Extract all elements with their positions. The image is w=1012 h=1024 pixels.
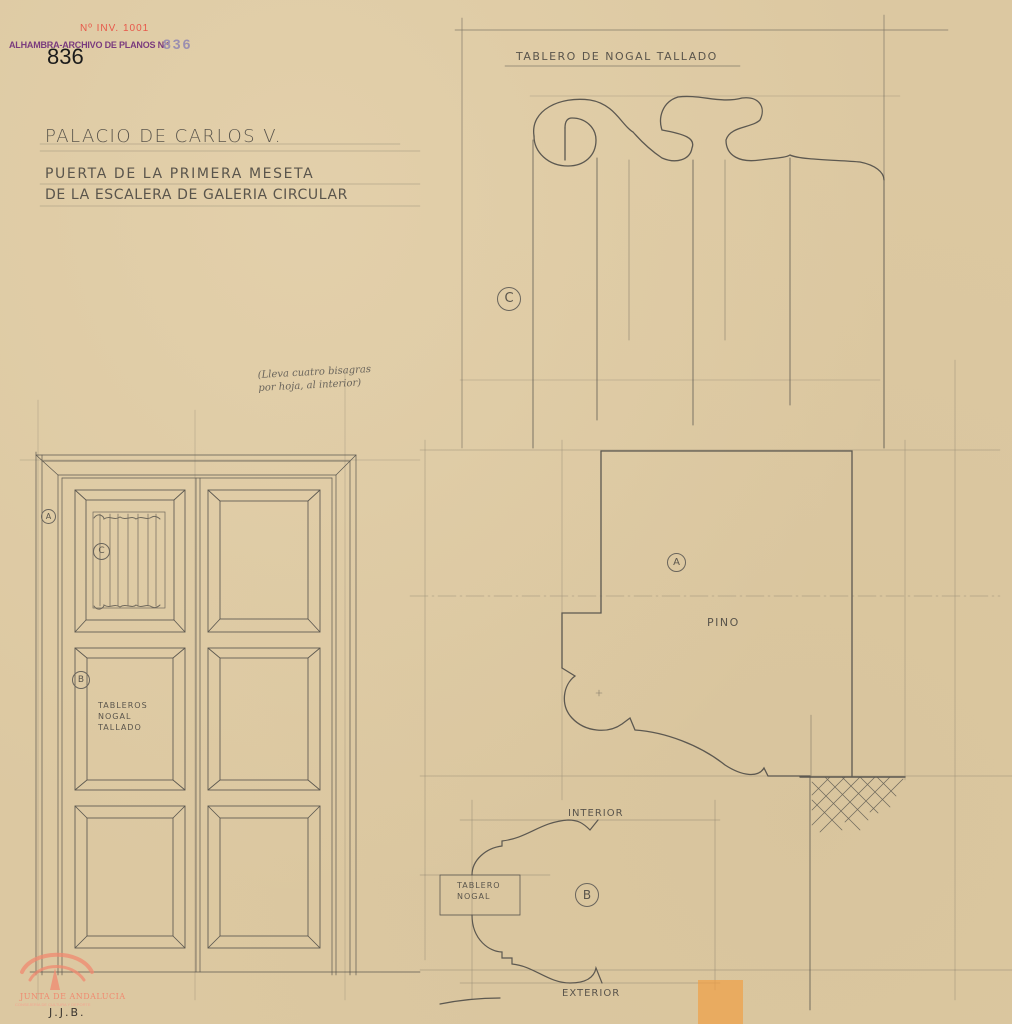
sheet-number: 836 [47,44,84,70]
detail-b-side-label: TABLERO NOGAL [457,880,501,902]
panel-material-line2: NOGAL [98,711,148,722]
drawing-subtitle-line1: PUERTA DE LA PRIMERA MESETA [45,166,314,182]
panel-material-label: TABLEROS NOGAL TALLADO [98,700,148,733]
drawing-subtitle-line2: DE LA ESCALERA DE GALERIA CIRCULAR [45,187,348,203]
drawing-title: PALACIO DE CARLOS V. [45,126,282,147]
author-initials: J.J.B. [49,1006,86,1019]
detail-a-reference-marker: A [667,553,686,572]
architectural-drawing [0,0,1012,1024]
detail-a-material-label: PINO [707,616,740,629]
elevation-ref-a-marker: A [41,509,56,524]
detail-c-title: TABLERO DE NOGAL TALLADO [516,50,718,63]
elevation-ref-c-marker: C [93,543,110,560]
detail-b-side-label-line2: NOGAL [457,891,501,902]
detail-b-reference-marker: B [575,883,599,907]
archive-stamp: ALHAMBRA-ARCHIVO DE PLANOS N.º [9,40,169,50]
adhesive-tape [698,980,743,1024]
inventory-stamp: Nº INV. 1001 [80,23,149,34]
archive-stamp-number: 836 [163,36,192,52]
junta-logo-text: JUNTA DE ANDALUCIA [20,992,126,1001]
detail-c-reference-marker: C [497,287,521,311]
detail-b-interior-label: INTERIOR [568,808,624,819]
panel-material-line3: TALLADO [98,722,148,733]
panel-material-line1: TABLEROS [98,700,148,711]
detail-b-side-label-line1: TABLERO [457,880,501,891]
detail-b-exterior-label: EXTERIOR [562,988,620,999]
elevation-ref-b-marker: B [72,671,90,689]
